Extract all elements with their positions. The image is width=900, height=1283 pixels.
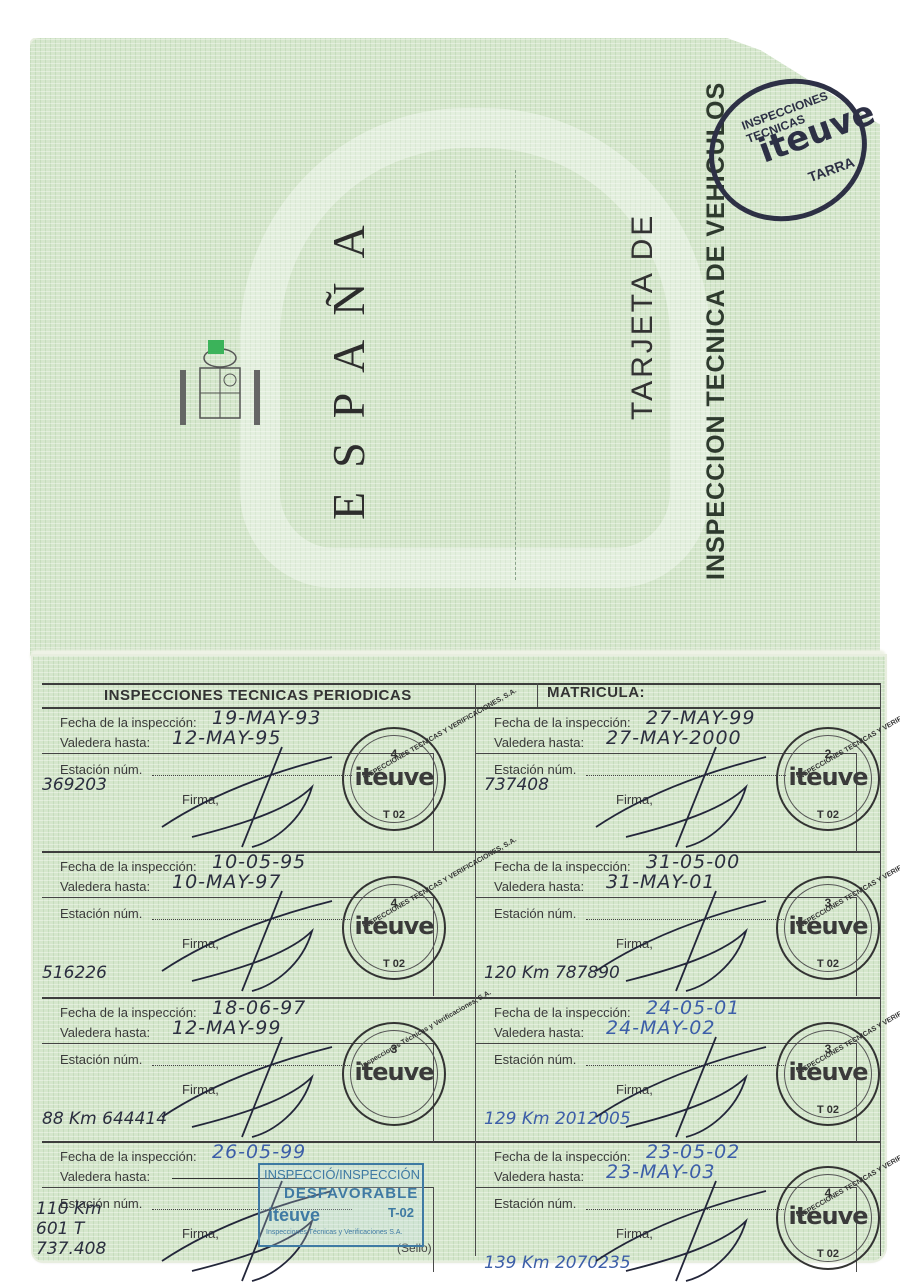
inspection-date-value: 23-05-02 — [646, 1141, 740, 1163]
valid-until-value: 12-MAY-99 — [172, 1017, 281, 1039]
stamp-station-number: 4 — [778, 1186, 878, 1200]
valid-until-label: Valedera hasta: — [494, 879, 584, 894]
stamp-logo: iteuve — [344, 763, 444, 791]
stamp-station-number: 4 — [344, 747, 444, 761]
valid-until-value: 12-MAY-95 — [172, 727, 281, 749]
signature-label: Firma, — [616, 1226, 653, 1241]
valid-until-label: Valedera hasta: — [494, 1025, 584, 1040]
mileage-note: 369203 — [42, 775, 107, 795]
station-number-label: Estación núm. — [60, 906, 142, 921]
periodic-inspections-header: INSPECCIONES TECNICAS PERIODICAS — [104, 687, 412, 704]
stamp-code: T 02 — [778, 809, 878, 821]
unfavorable-stamp-logo: iteuve — [268, 1205, 320, 1226]
valid-until-label: Valedera hasta: — [60, 1025, 150, 1040]
card-title-line1: TARJETA DE — [626, 213, 660, 420]
signature-label: Firma, — [182, 936, 219, 951]
inspection-date-value: 31-05-00 — [646, 851, 740, 873]
inspection-entry: Fecha de la inspección:19-MAY-93Valedera… — [42, 707, 462, 852]
valid-until-value: 10-MAY-97 — [172, 871, 281, 893]
signature-label: Firma, — [182, 792, 219, 807]
valid-until-value: 31-MAY-01 — [606, 871, 715, 893]
mileage-note: 516226 — [42, 963, 107, 983]
unfavorable-stamp-line2: DESFAVORABLE — [284, 1185, 418, 1202]
stamp-code: T 02 — [778, 958, 878, 970]
unfavorable-stamp-code: T-02 — [388, 1205, 414, 1220]
inspection-station-stamp: INSPECCIONES TECNICAS Y VERIFICACIONES, … — [776, 1166, 880, 1270]
valid-until-label: Valedera hasta: — [494, 735, 584, 750]
mileage-note-line: 110 Km — [36, 1199, 102, 1219]
valid-until-label: Valedera hasta: — [60, 879, 150, 894]
valid-until-value: 27-MAY-2000 — [606, 727, 742, 749]
signature-label: Firma, — [182, 1082, 219, 1097]
cover-divider — [515, 170, 516, 580]
inspection-entry: Fecha de la inspección:24-05-01Valedera … — [476, 997, 896, 1142]
station-number-label: Estación núm. — [60, 1052, 142, 1067]
plate-number-label: MATRICULA: — [547, 684, 645, 701]
mileage-note: 139 Km 2070235 — [484, 1253, 631, 1273]
mileage-note-line: 737.408 — [36, 1239, 106, 1259]
inspection-date-value: 24-05-01 — [646, 997, 740, 1019]
stamp-code: T 02 — [778, 1104, 878, 1116]
stamp-code: T 02 — [344, 809, 444, 821]
inspection-date-value: 18-06-97 — [212, 997, 306, 1019]
coat-of-arms-icon — [170, 340, 270, 440]
inspection-date-value: 26-05-99 — [212, 1141, 306, 1163]
inspection-entry: Fecha de la inspección:10-05-95Valedera … — [42, 851, 462, 996]
station-number-label: Estación núm. — [494, 906, 576, 921]
inspection-station-stamp: INSPECCIONES TECNICAS Y VERIFICACIONES, … — [776, 1022, 880, 1126]
valid-until-value: 24-MAY-02 — [606, 1017, 715, 1039]
station-number-label: Estación núm. — [494, 1196, 576, 1211]
stamp-logo: iteuve — [344, 1058, 444, 1086]
stamp-station-number: 2 — [778, 747, 878, 761]
valid-until-value: 23-MAY-03 — [606, 1161, 715, 1183]
signature-label: Firma, — [616, 1082, 653, 1097]
mileage-note-line: 601 T — [36, 1219, 84, 1239]
valid-until-label: Valedera hasta: — [60, 735, 150, 750]
stamp-station-number: 3 — [778, 896, 878, 910]
valid-until-label: Valedera hasta: — [60, 1169, 150, 1184]
inspection-date-value: 27-MAY-99 — [646, 707, 755, 729]
unfavorable-stamp-footer: Inspecciones Técnicas y Verificaciones S… — [266, 1229, 402, 1236]
inspection-station-stamp: Inspecciones Técnicas y Verificaciones, … — [342, 1022, 446, 1126]
stamp-logo: iteuve — [778, 912, 878, 940]
mileage-note: 737408 — [484, 775, 549, 795]
unfavorable-stamp-line1: INSPECCIÓ/INSPECCIÓN — [264, 1167, 420, 1182]
top-stamp-city: TARRA — [806, 154, 857, 185]
signature-label: Firma, — [182, 1226, 219, 1241]
stamp-logo: iteuve — [778, 763, 878, 791]
inspection-station-stamp: INSPECCIONES TECNICAS Y VERIFICACIONES, … — [776, 727, 880, 831]
stamp-logo: iteuve — [344, 912, 444, 940]
mileage-note: 129 Km 2012005 — [484, 1109, 631, 1129]
inspection-station-stamp: INSPECCIONES TECNICAS Y VERIFICACIONES, … — [342, 876, 446, 980]
mileage-note: 88 Km 644414 — [42, 1109, 167, 1129]
signature-label: Firma, — [616, 792, 653, 807]
stamp-station-number: 3 — [778, 1042, 878, 1056]
inspection-station-stamp: INSPECCIONES TECNICAS Y VERIFICACIONES, … — [342, 727, 446, 831]
stamp-code: T 02 — [778, 1248, 878, 1260]
inspection-date-value: 19-MAY-93 — [212, 707, 321, 729]
unfavorable-inspection-stamp: INSPECCIÓ/INSPECCIÓN DESFAVORABLE T-02 i… — [258, 1163, 424, 1247]
inspection-entry: Fecha de la inspección:23-05-02Valedera … — [476, 1141, 896, 1283]
country-title: ESPAÑA — [322, 201, 375, 520]
inspection-entry: Fecha de la inspección:18-06-97Valedera … — [42, 997, 462, 1142]
stamp-code: T 02 — [344, 958, 444, 970]
inspection-date-value: 10-05-95 — [212, 851, 306, 873]
stamp-station-number: 4 — [344, 896, 444, 910]
seal-box — [433, 1187, 434, 1272]
inspection-entry: Fecha de la inspección:31-05-00Valedera … — [476, 851, 896, 996]
stamp-logo: iteuve — [778, 1202, 878, 1230]
inspection-entry: Fecha de la inspección:27-MAY-99Valedera… — [476, 707, 896, 852]
inspection-date-label: Fecha de la inspección: — [60, 1149, 197, 1164]
signature-label: Firma, — [616, 936, 653, 951]
station-number-label: Estación núm. — [494, 1052, 576, 1067]
valid-until-label: Valedera hasta: — [494, 1169, 584, 1184]
stamp-logo: iteuve — [778, 1058, 878, 1086]
inspection-station-stamp: INSPECCIONES TECNICAS Y VERIFICACIONES, … — [776, 876, 880, 980]
stamp-station-number: 3 — [344, 1042, 444, 1056]
mileage-note: 120 Km 787890 — [484, 963, 620, 983]
